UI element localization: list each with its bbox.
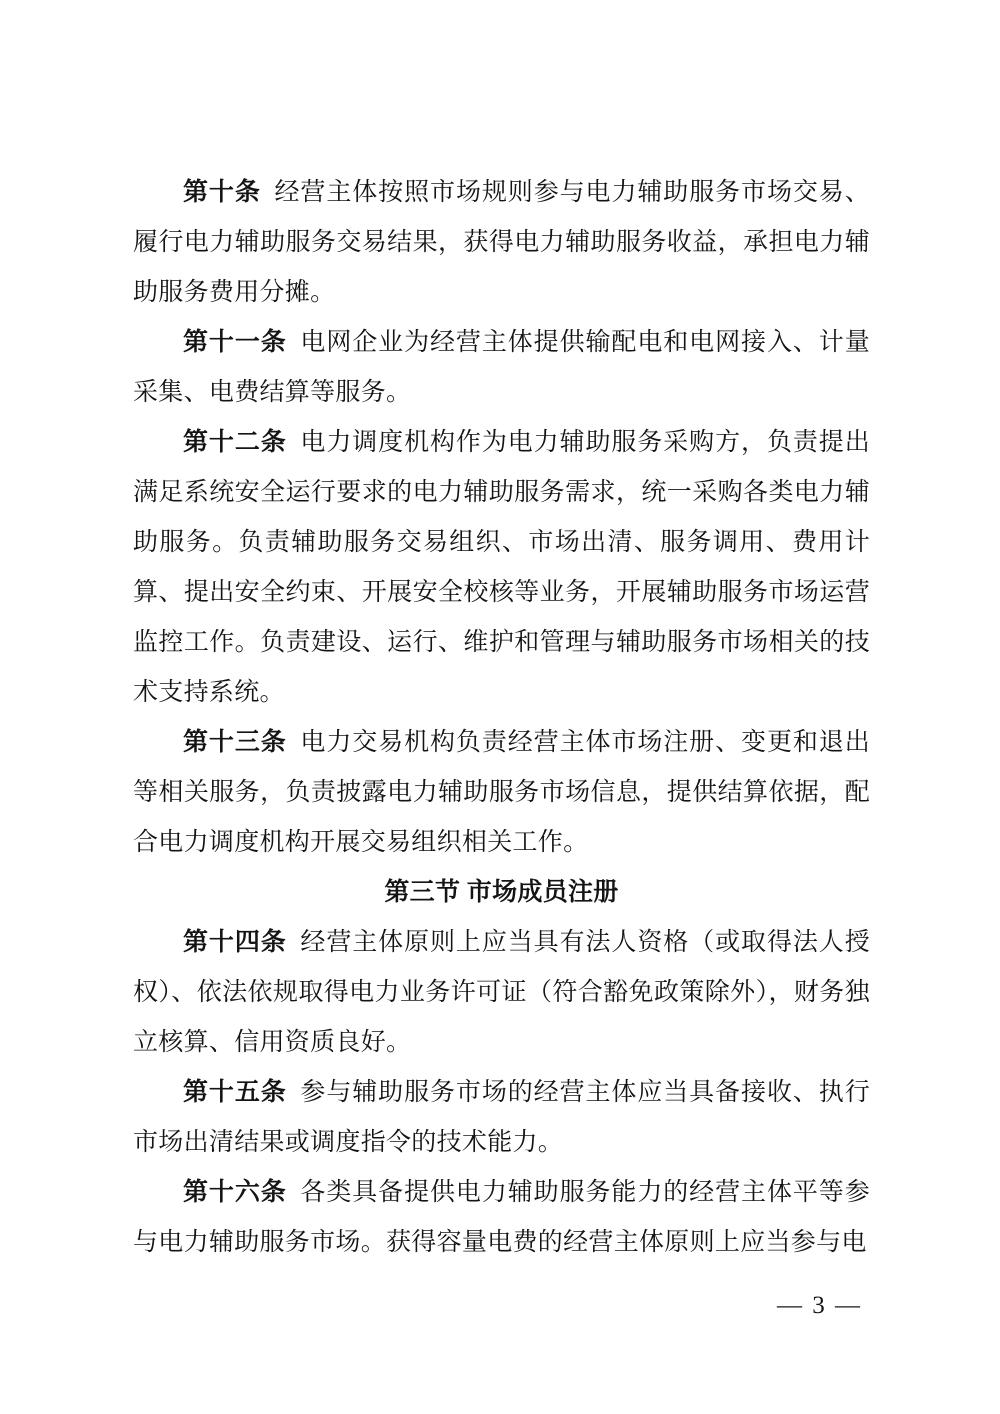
article-paragraph-15: 第十五条参与辅助服务市场的经营主体应当具备接收、执行市场出清结果或调度指令的技术… [133, 1068, 870, 1168]
section-heading: 第三节 市场成员注册 [133, 868, 870, 918]
article-label-12: 第十二条 [183, 429, 287, 456]
article-label-15: 第十五条 [183, 1079, 287, 1106]
article-label-16: 第十六条 [183, 1179, 287, 1206]
document-page: 第十条经营主体按照市场规则参与电力辅助服务市场交易、履行电力辅助服务交易结果，获… [0, 0, 1000, 1414]
article-paragraph-12: 第十二条电力调度机构作为电力辅助服务采购方，负责提出满足系统安全运行要求的电力辅… [133, 418, 870, 718]
article-text-12: 电力调度机构作为电力辅助服务采购方，负责提出满足系统安全运行要求的电力辅助服务需… [133, 429, 870, 706]
article-label-10: 第十条 [183, 179, 261, 206]
article-label-14: 第十四条 [183, 929, 287, 956]
article-paragraph-16: 第十六条各类具备提供电力辅助服务能力的经营主体平等参与电力辅助服务市场。获得容量… [133, 1168, 870, 1268]
article-paragraph-13: 第十三条电力交易机构负责经营主体市场注册、变更和退出等相关服务，负责披露电力辅助… [133, 718, 870, 868]
page-number: — 3 — [133, 1286, 870, 1326]
article-paragraph-14: 第十四条经营主体原则上应当具有法人资格（或取得法人授权）、依法依规取得电力业务许… [133, 918, 870, 1068]
article-paragraph-11: 第十一条电网企业为经营主体提供输配电和电网接入、计量采集、电费结算等服务。 [133, 318, 870, 418]
article-label-11: 第十一条 [183, 329, 287, 356]
article-label-13: 第十三条 [183, 729, 287, 756]
document-body: 第十条经营主体按照市场规则参与电力辅助服务市场交易、履行电力辅助服务交易结果，获… [133, 168, 870, 1268]
article-paragraph-10: 第十条经营主体按照市场规则参与电力辅助服务市场交易、履行电力辅助服务交易结果，获… [133, 168, 870, 318]
